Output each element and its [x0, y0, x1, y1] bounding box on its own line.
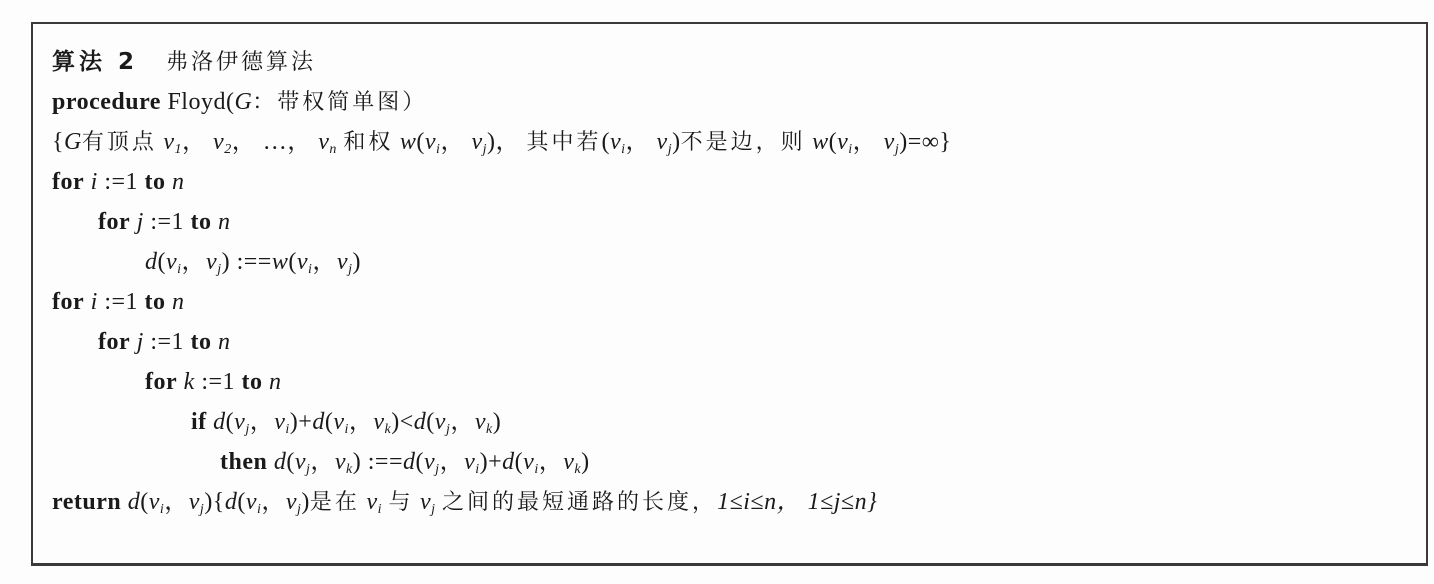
sep: ， [853, 129, 878, 155]
procedure-param-desc: ：带权简单图） [252, 90, 427, 115]
text-and-weight: 和权 [343, 130, 393, 155]
loop-end: n [218, 329, 231, 355]
paren-open: ( [602, 129, 611, 155]
assign-from: :=1 [195, 369, 242, 395]
var-w: w [812, 129, 829, 155]
text-shortest-path-length: 之间的最短通路的长度， [442, 490, 717, 515]
loop-main-j: for j :=1 to n [98, 324, 231, 360]
var-v: v [471, 129, 482, 155]
to-keyword: to [191, 329, 212, 355]
sep: ， [287, 129, 312, 155]
loop-end: n [172, 169, 185, 195]
assign-from: :=1 [144, 209, 191, 235]
text-where-if: 其中若 [526, 130, 601, 155]
loop-end: n [218, 209, 231, 235]
for-keyword: for [98, 329, 130, 355]
procedure-name: Floyd( [167, 89, 234, 115]
to-keyword: to [242, 369, 263, 395]
assign-op: := [230, 249, 258, 275]
sub-1: 1 [175, 142, 183, 157]
return-keyword: return [52, 489, 121, 515]
var-w: w [272, 249, 289, 275]
paren-close: ) [899, 129, 908, 155]
var-v: v [837, 129, 848, 155]
loop-main-k: for k :=1 to n [145, 364, 282, 400]
var-w: w [400, 129, 417, 155]
sub-2: 2 [224, 142, 232, 157]
loop-init-j: for j :=1 to n [98, 204, 231, 240]
text-is-between: 是在 [310, 490, 360, 515]
var-G: G [64, 129, 82, 155]
for-keyword: for [98, 209, 130, 235]
paren-close: ) [672, 129, 681, 155]
then-keyword: then [220, 449, 267, 475]
procedure-param-var: G [234, 89, 252, 115]
if-keyword: if [191, 409, 207, 435]
sep: ， [440, 129, 465, 155]
var-v: v [884, 129, 895, 155]
procedure-keyword: procedure [52, 89, 161, 115]
loop-init-i: for i :=1 to n [52, 164, 185, 200]
loop-var: i [91, 289, 98, 315]
precondition-comment: {G有顶点 v1， v2， …， vn 和权 w(vi， vj)， 其中若(vi… [52, 124, 951, 160]
algorithm-title: 弗洛伊德算法 [166, 50, 316, 75]
sep: ， [182, 129, 207, 155]
loop-end: n [172, 289, 185, 315]
sub-n: n [329, 142, 337, 157]
assign-from: :=1 [98, 289, 145, 315]
var-v: v [657, 129, 668, 155]
sep: ， [232, 129, 257, 155]
text-has-vertices: 有顶点 [82, 130, 157, 155]
loop-main-i: for i :=1 to n [52, 284, 185, 320]
assign-from: :=1 [98, 169, 145, 195]
paren-open: ( [416, 129, 425, 155]
less-than-op: < [400, 409, 414, 435]
sep: ， [495, 129, 520, 155]
var-v: v [318, 129, 329, 155]
for-keyword: for [52, 289, 84, 315]
sep: ， [626, 129, 651, 155]
loop-var: k [184, 369, 195, 395]
assign-from: :=1 [144, 329, 191, 355]
algorithm-label: 算法 2 [52, 49, 138, 75]
procedure-line: procedure Floyd(G：带权简单图） [52, 84, 427, 120]
relaxation-condition: if d(vj，vi)+d(vi，vk)<d(vj，vk) [191, 404, 501, 440]
plus-op: + [488, 449, 502, 475]
loop-end: n [269, 369, 282, 395]
text-not-edge: 不是边，则 [681, 130, 806, 155]
for-keyword: for [145, 369, 177, 395]
to-keyword: to [145, 169, 166, 195]
range-j: 1≤j≤n} [808, 489, 878, 515]
var-v: v [213, 129, 224, 155]
text-and: 与 [388, 490, 413, 515]
ellipsis: … [263, 129, 288, 155]
paren-open: ( [829, 129, 838, 155]
init-assignment: d(vi，vj) :==w(vi，vj) [145, 244, 361, 280]
plus-op: + [298, 409, 312, 435]
for-keyword: for [52, 169, 84, 195]
equals-infinity: =∞} [908, 129, 952, 155]
return-line: return d(vi，vj){d(vi，vj)是在 vi 与 vj 之间的最短… [52, 484, 877, 520]
var-v: v [425, 129, 436, 155]
relaxation-update: then d(vj，vk) :==d(vj，vi)+d(vi，vk) [220, 444, 590, 480]
to-keyword: to [191, 209, 212, 235]
loop-var: j [137, 329, 144, 355]
assign-op: := [361, 449, 389, 475]
brace-open: { [52, 129, 64, 155]
to-keyword: to [145, 289, 166, 315]
var-v: v [163, 129, 174, 155]
range-i: 1≤i≤n， [717, 489, 801, 515]
loop-var: i [91, 169, 98, 195]
algorithm-title-line: 算法 2弗洛伊德算法 [52, 44, 316, 80]
var-d: d [145, 249, 158, 275]
var-v: v [610, 129, 621, 155]
loop-var: j [137, 209, 144, 235]
